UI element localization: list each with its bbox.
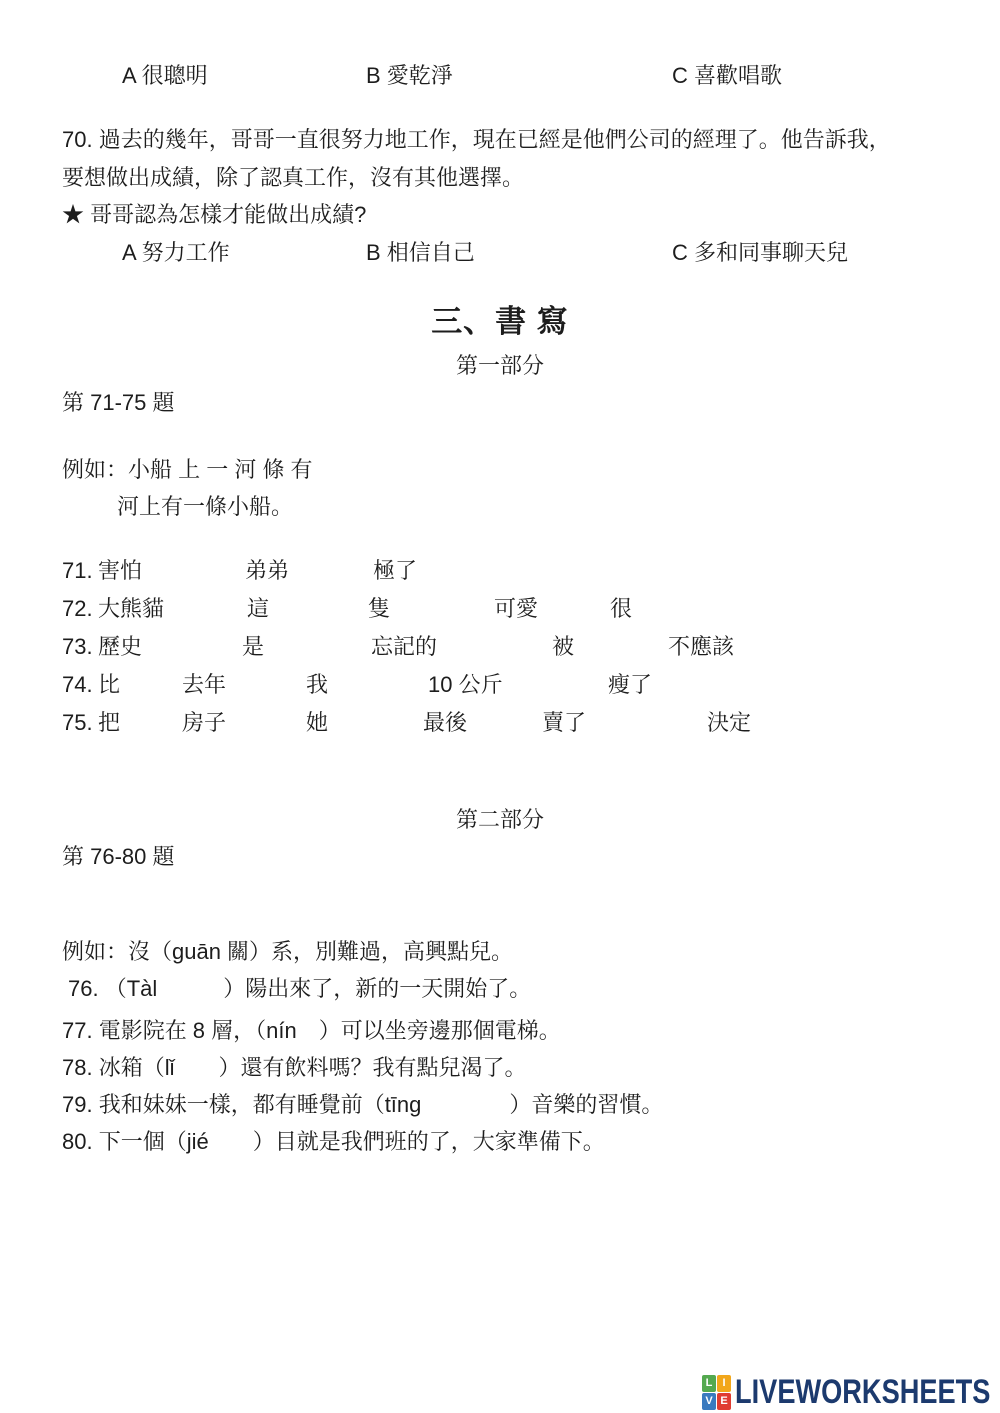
option-c: C 喜歡唱歌 [672, 62, 782, 89]
part1-example-prompt: 例如：小船 上 一 河 條 有 [62, 456, 313, 483]
section-title: 三、書 寫 [0, 303, 1000, 340]
scramble-item-73: 73. 歷史 是 忘記的 被 不應該 [0, 633, 1000, 662]
part2-example: 例如：沒（guān 關）系，別難過，高興點兒。 [62, 938, 513, 965]
scramble-item-74: 74. 比 去年 我 10 公斤 瘦了 [0, 671, 1000, 700]
logo-letter-i: I [717, 1375, 731, 1392]
part1-heading: 第一部分 [0, 352, 1000, 379]
scramble-word: 這 [247, 595, 269, 622]
scramble-word: 不應該 [668, 633, 734, 660]
logo-letter-v: V [702, 1393, 716, 1410]
scramble-word: 大熊貓 [98, 595, 164, 622]
scramble-word: 歷史 [98, 633, 142, 660]
question70-options-row: A 努力工作 B 相信自己 C 多和同事聊天兒 [0, 239, 1000, 268]
scramble-word: 她 [306, 709, 328, 736]
logo-letter-e: E [717, 1393, 731, 1410]
scramble-word: 忘記的 [371, 633, 437, 660]
scramble-word: 我 [306, 671, 328, 698]
scramble-word: 可愛 [494, 595, 538, 622]
scramble-word: 隻 [368, 595, 390, 622]
scramble-word: 把 [98, 709, 120, 736]
scramble-word: 害怕 [98, 557, 142, 584]
scramble-word: 被 [552, 633, 574, 660]
scramble-word: 賣了 [542, 709, 586, 736]
part1-range-label: 第 71-75 題 [62, 389, 175, 416]
part2-heading: 第二部分 [0, 806, 1000, 833]
scramble-item-71: 71. 害怕 弟弟 極了 [0, 557, 1000, 586]
fill-in-item-76: 76. （Tàl ）陽出來了，新的一天開始了。 [68, 975, 531, 1002]
scramble-word: 弟弟 [245, 557, 289, 584]
item-number: 74. [62, 671, 93, 698]
scramble-word: 極了 [373, 557, 417, 584]
item-number: 73. [62, 633, 93, 660]
question70-text-line2: 要想做出成績，除了認真工作，沒有其他選擇。 [62, 164, 524, 191]
question70-text-line1: 70. 過去的幾年，哥哥一直很努力地工作，現在已經是他們公司的經理了。他告訴我， [62, 126, 891, 153]
scramble-word: 決定 [707, 709, 751, 736]
option-a: A 很聰明 [122, 62, 208, 89]
option-b: B 愛乾淨 [366, 62, 453, 89]
part2-range-label: 第 76-80 題 [62, 843, 175, 870]
scramble-word: 10 公斤 [428, 671, 503, 698]
fill-in-item-77: 77. 電影院在 8 層，（nín ）可以坐旁邊那個電梯。 [62, 1017, 561, 1044]
fill-in-item-80: 80. 下一個（jié ）目就是我們班的了，大家準備下。 [62, 1128, 605, 1155]
option-b: B 相信自己 [366, 239, 475, 266]
fill-in-item-78: 78. 冰箱（lǐ ）還有飲料嗎？我有點兒渴了。 [62, 1054, 526, 1081]
scramble-word: 比 [98, 671, 120, 698]
liveworksheets-icon: L I V E [702, 1375, 731, 1410]
worksheet-page: A 很聰明 B 愛乾淨 C 喜歡唱歌 70. 過去的幾年，哥哥一直很努力地工作，… [0, 0, 1000, 1413]
question70-star-prompt: ★ 哥哥認為怎樣才能做出成績? [62, 201, 366, 228]
liveworksheets-logo[interactable]: L I V E LIVEWORKSHEETS [702, 1373, 1000, 1412]
scramble-word: 最後 [423, 709, 467, 736]
item-number: 75. [62, 709, 93, 736]
scramble-word: 房子 [182, 709, 226, 736]
scramble-word: 很 [610, 595, 632, 622]
scramble-word: 瘦了 [608, 671, 652, 698]
part1-example-answer: 河上有一條小船。 [117, 493, 293, 520]
scramble-item-75: 75. 把 房子 她 最後 賣了 決定 [0, 709, 1000, 738]
scramble-item-72: 72. 大熊貓 這 隻 可愛 很 [0, 595, 1000, 624]
option-a: A 努力工作 [122, 239, 230, 266]
scramble-word: 去年 [182, 671, 226, 698]
scramble-word: 是 [242, 633, 264, 660]
item-number: 71. [62, 557, 93, 584]
option-c: C 多和同事聊天兒 [672, 239, 848, 266]
fill-in-item-79: 79. 我和妹妹一樣，都有睡覺前（tīng ）音樂的習慣。 [62, 1091, 663, 1118]
logo-letter-l: L [702, 1375, 716, 1392]
brand-wordmark: LIVEWORKSHEETS [735, 1373, 990, 1412]
item-number: 72. [62, 595, 93, 622]
question69-options-row: A 很聰明 B 愛乾淨 C 喜歡唱歌 [0, 62, 1000, 91]
